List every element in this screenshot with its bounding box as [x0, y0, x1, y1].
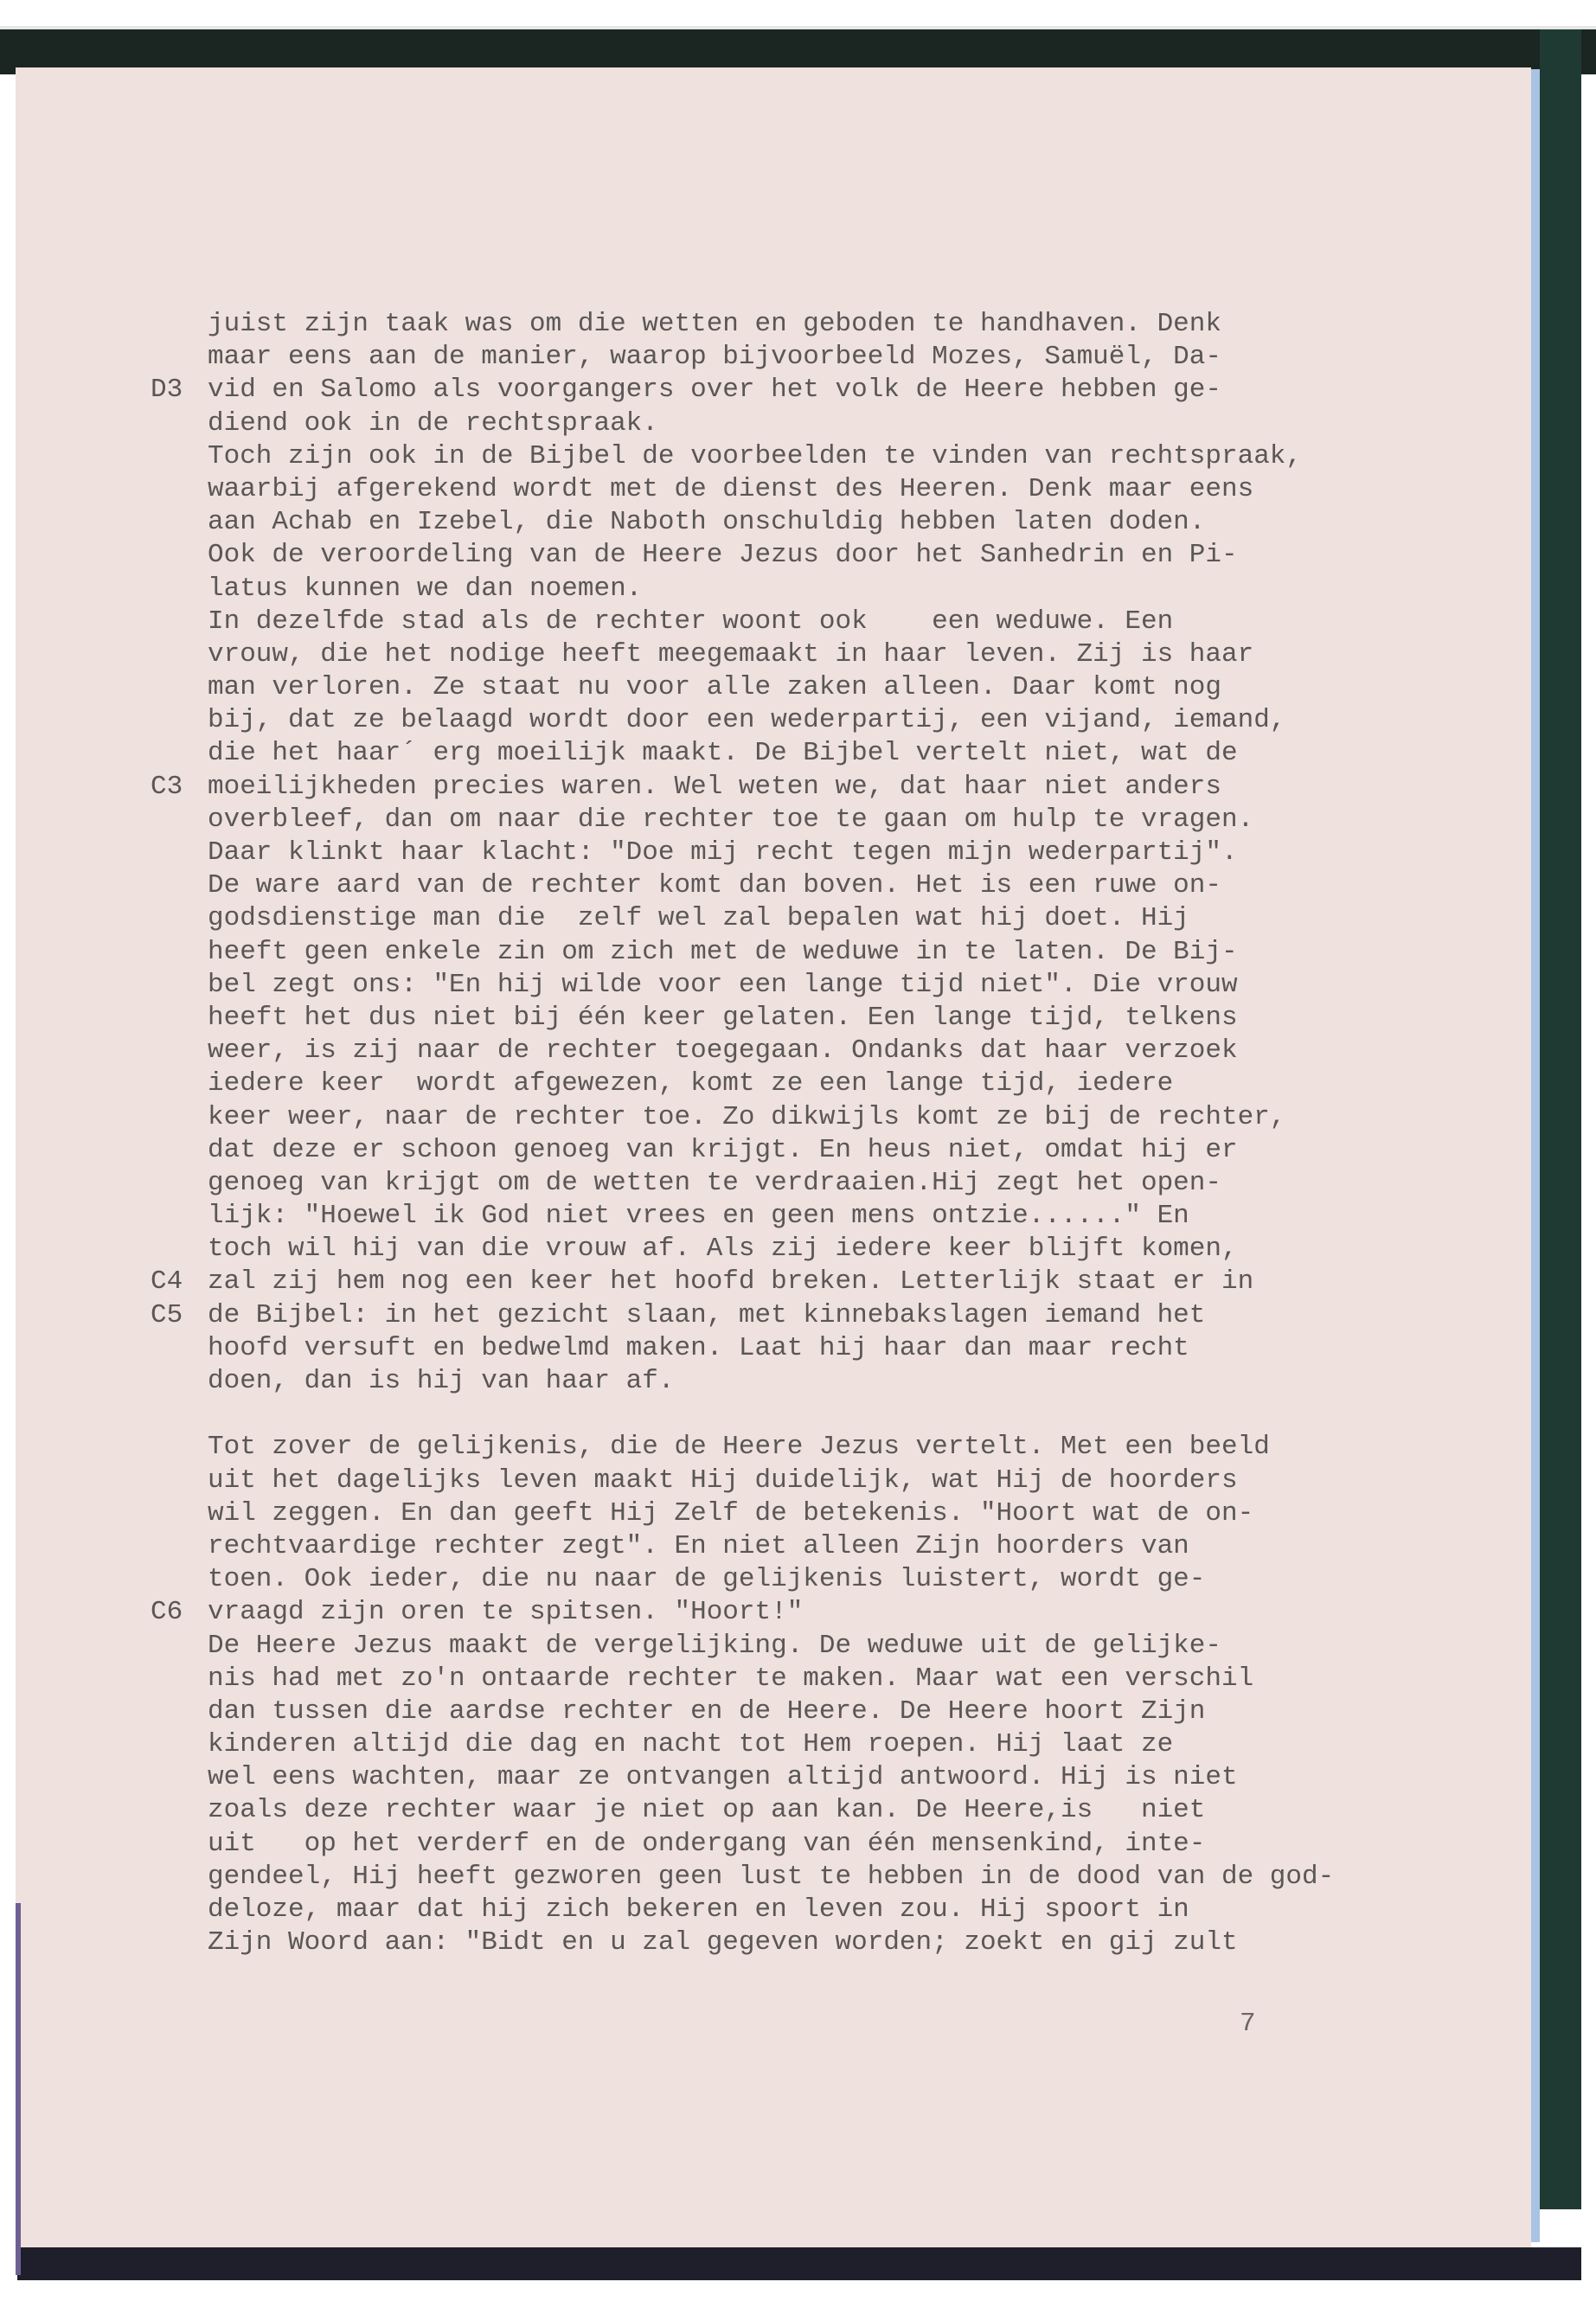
text-line: zoals deze rechter waar je niet op aan k… — [208, 1794, 1334, 1827]
text-line: keer weer, naar de rechter toe. Zo dikwi… — [208, 1101, 1334, 1134]
text-line: Tot zover de gelijkenis, die de Heere Je… — [208, 1431, 1334, 1464]
line-text: In dezelfde stad als de rechter woont oo… — [208, 606, 1173, 637]
text-line: bel zegt ons: "En hij wilde voor een lan… — [208, 969, 1334, 1002]
text-line: De ware aard van de rechter komt dan bov… — [208, 869, 1334, 902]
text-line: hoofd versuft en bedwelmd maken. Laat hi… — [208, 1332, 1334, 1365]
text-line: heeft het dus niet bij één keer gelaten.… — [208, 1002, 1334, 1035]
line-text: doen, dan is hij van haar af. — [208, 1366, 675, 1396]
text-line: Toch zijn ook in de Bijbel de voorbeelde… — [208, 440, 1334, 473]
line-text: genoeg van krijgt om de wetten te verdra… — [208, 1168, 1221, 1198]
text-line: weer, is zij naar de rechter toegegaan. … — [208, 1035, 1334, 1067]
text-line: waarbij afgerekend wordt met de dienst d… — [208, 473, 1334, 506]
margin-reference-label: C5 — [151, 1299, 183, 1332]
text-line: die het haar´ erg moeilijk maakt. De Bij… — [208, 737, 1334, 770]
line-text: Ook de veroordeling van de Heere Jezus d… — [208, 540, 1238, 570]
line-text: wel eens wachten, maar ze ontvangen alti… — [208, 1762, 1238, 1792]
margin-reference-label: D3 — [151, 374, 183, 407]
line-text: nis had met zo'n ontaarde rechter te mak… — [208, 1663, 1253, 1694]
text-line: aan Achab en Izebel, die Naboth onschuld… — [208, 506, 1334, 539]
line-text: Tot zover de gelijkenis, die de Heere Je… — [208, 1432, 1270, 1462]
line-text: uit het dagelijks leven maakt Hij duidel… — [208, 1465, 1238, 1496]
line-text: diend ook in de rechtspraak. — [208, 408, 658, 439]
line-text: bel zegt ons: "En hij wilde voor een lan… — [208, 970, 1238, 1000]
text-line: juist zijn taak was om die wetten en geb… — [208, 308, 1334, 341]
text-line: uit op het verderf en de ondergang van é… — [208, 1828, 1334, 1861]
line-text: overbleef, dan om naar die rechter toe t… — [208, 804, 1253, 835]
text-line: dan tussen die aardse rechter en de Heer… — [208, 1695, 1334, 1728]
line-text: moeilijkheden precies waren. Wel weten w… — [208, 772, 1221, 802]
binder-cover-bottom — [17, 2247, 1581, 2280]
text-line: godsdienstige man die zelf wel zal bepal… — [208, 902, 1334, 935]
text-line: Daar klinkt haar klacht: "Doe mij recht … — [208, 836, 1334, 869]
text-line: lijk: "Hoewel ik God niet vrees en geen … — [208, 1200, 1334, 1233]
text-line: In dezelfde stad als de rechter woont oo… — [208, 606, 1334, 638]
text-line: heeft geen enkele zin om zich met de wed… — [208, 936, 1334, 969]
text-line: C6vraagd zijn oren te spitsen. "Hoort!" — [208, 1596, 1334, 1629]
text-line: iedere keer wordt afgewezen, komt ze een… — [208, 1067, 1334, 1100]
line-text: zal zij hem nog een keer het hoofd breke… — [208, 1266, 1253, 1297]
text-line: Zijn Woord aan: "Bidt en u zal gegeven w… — [208, 1926, 1334, 1959]
line-text: De ware aard van de rechter komt dan bov… — [208, 870, 1221, 901]
text-line: toch wil hij van die vrouw af. Als zij i… — [208, 1233, 1334, 1266]
line-text: dat deze er schoon genoeg van krijgt. En… — [208, 1135, 1238, 1165]
text-line: wel eens wachten, maar ze ontvangen alti… — [208, 1761, 1334, 1794]
line-text: weer, is zij naar de rechter toegegaan. … — [208, 1035, 1238, 1066]
line-text: bij, dat ze belaagd wordt door een weder… — [208, 705, 1285, 735]
line-text: zoals deze rechter waar je niet op aan k… — [208, 1795, 1205, 1825]
line-text: uit op het verderf en de ondergang van é… — [208, 1829, 1205, 1859]
line-text: deloze, maar dat hij zich bekeren en lev… — [208, 1894, 1189, 1925]
line-text: vid en Salomo als voorgangers over het v… — [208, 375, 1221, 405]
text-line: vrouw, die het nodige heeft meegemaakt i… — [208, 638, 1334, 671]
text-line: bij, dat ze belaagd wordt door een weder… — [208, 704, 1334, 737]
line-text: Zijn Woord aan: "Bidt en u zal gegeven w… — [208, 1927, 1238, 1958]
text-line: nis had met zo'n ontaarde rechter te mak… — [208, 1663, 1334, 1695]
text-line: dat deze er schoon genoeg van krijgt. En… — [208, 1134, 1334, 1167]
text-line — [208, 1398, 1334, 1431]
margin-reference-label: C6 — [151, 1596, 183, 1629]
margin-reference-label: C3 — [151, 771, 183, 804]
line-text: dan tussen die aardse rechter en de Heer… — [208, 1696, 1205, 1727]
line-text: aan Achab en Izebel, die Naboth onschuld… — [208, 507, 1205, 537]
text-line: genoeg van krijgt om de wetten te verdra… — [208, 1167, 1334, 1200]
typewritten-text-body: juist zijn taak was om die wetten en geb… — [208, 308, 1334, 1959]
text-line: doen, dan is hij van haar af. — [208, 1365, 1334, 1398]
text-line: kinderen altijd die dag en nacht tot Hem… — [208, 1728, 1334, 1761]
line-text: heeft het dus niet bij één keer gelaten.… — [208, 1003, 1238, 1033]
line-text: heeft geen enkele zin om zich met de wed… — [208, 937, 1238, 967]
line-text: toen. Ook ieder, die nu naar de gelijken… — [208, 1564, 1205, 1594]
text-line: man verloren. Ze staat nu voor alle zake… — [208, 671, 1334, 704]
text-line: maar eens aan de manier, waarop bijvoorb… — [208, 341, 1334, 374]
binder-cover-spine — [1540, 29, 1581, 2209]
line-text: vrouw, die het nodige heeft meegemaakt i… — [208, 639, 1253, 670]
line-text: waarbij afgerekend wordt met de dienst d… — [208, 474, 1253, 504]
text-line: latus kunnen we dan noemen. — [208, 573, 1334, 606]
line-text: hoofd versuft en bedwelmd maken. Laat hi… — [208, 1333, 1189, 1363]
line-text: Daar klinkt haar klacht: "Doe mij recht … — [208, 837, 1238, 868]
text-line: toen. Ook ieder, die nu naar de gelijken… — [208, 1563, 1334, 1596]
text-line: C3moeilijkheden precies waren. Wel weten… — [208, 771, 1334, 804]
text-line: diend ook in de rechtspraak. — [208, 407, 1334, 440]
line-text: Toch zijn ook in de Bijbel de voorbeelde… — [208, 441, 1302, 471]
line-text: kinderen altijd die dag en nacht tot Hem… — [208, 1729, 1173, 1759]
text-line: Ook de veroordeling van de Heere Jezus d… — [208, 539, 1334, 572]
line-text: maar eens aan de manier, waarop bijvoorb… — [208, 342, 1221, 372]
line-text: juist zijn taak was om die wetten en geb… — [208, 309, 1221, 339]
page-number: 7 — [1240, 2009, 1256, 2039]
line-text: gendeel, Hij heeft gezworen geen lust te… — [208, 1862, 1334, 1892]
text-line: C4zal zij hem nog een keer het hoofd bre… — [208, 1266, 1334, 1298]
line-text: rechtvaardige rechter zegt". En niet all… — [208, 1531, 1189, 1561]
line-text: de Bijbel: in het gezicht slaan, met kin… — [208, 1300, 1205, 1330]
line-text: vraagd zijn oren te spitsen. "Hoort!" — [208, 1597, 803, 1627]
line-text: wil zeggen. En dan geeft Hij Zelf de bet… — [208, 1498, 1253, 1529]
line-text: die het haar´ erg moeilijk maakt. De Bij… — [208, 738, 1238, 768]
line-text: lijk: "Hoewel ik God niet vrees en geen … — [208, 1201, 1189, 1231]
text-line: C5de Bijbel: in het gezicht slaan, met k… — [208, 1299, 1334, 1332]
line-text: toch wil hij van die vrouw af. Als zij i… — [208, 1234, 1238, 1264]
line-text: De Heere Jezus maakt de vergelijking. De… — [208, 1631, 1221, 1661]
line-text: godsdienstige man die zelf wel zal bepal… — [208, 903, 1189, 933]
line-text: iedere keer wordt afgewezen, komt ze een… — [208, 1068, 1173, 1099]
text-line: uit het dagelijks leven maakt Hij duidel… — [208, 1465, 1334, 1497]
line-text: man verloren. Ze staat nu voor alle zake… — [208, 672, 1221, 702]
text-line: D3vid en Salomo als voorgangers over het… — [208, 374, 1334, 407]
margin-reference-label: C4 — [151, 1266, 183, 1298]
line-text: latus kunnen we dan noemen. — [208, 574, 642, 604]
text-line: rechtvaardige rechter zegt". En niet all… — [208, 1530, 1334, 1563]
page-left-edge — [16, 1903, 21, 2275]
text-line: De Heere Jezus maakt de vergelijking. De… — [208, 1630, 1334, 1663]
text-line: wil zeggen. En dan geeft Hij Zelf de bet… — [208, 1497, 1334, 1530]
text-line: deloze, maar dat hij zich bekeren en lev… — [208, 1894, 1334, 1926]
text-line: gendeel, Hij heeft gezworen geen lust te… — [208, 1861, 1334, 1894]
line-text: keer weer, naar de rechter toe. Zo dikwi… — [208, 1102, 1285, 1132]
text-line: overbleef, dan om naar die rechter toe t… — [208, 804, 1334, 836]
